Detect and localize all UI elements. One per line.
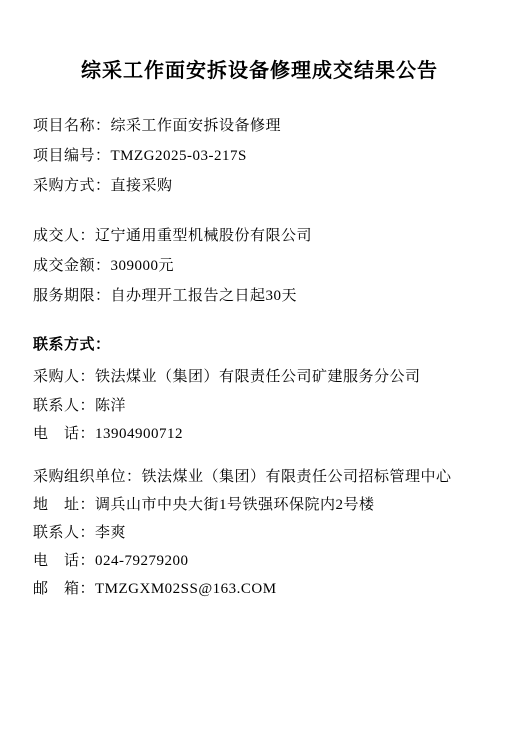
contact-phone-row: 电 话：13904900712 — [33, 425, 183, 444]
organizer-phone-row: 电 话：024-79279200 — [33, 552, 189, 571]
organizer-address-row: 地 址：调兵山市中央大街1号铁强环保院内2号楼 — [33, 496, 375, 515]
purchase-method-row: 采购方式：直接采购 — [33, 177, 173, 196]
winner-row: 成交人：辽宁通用重型机械股份有限公司 — [33, 227, 312, 246]
contact-person-value: 陈洋 — [95, 398, 126, 414]
purchaser-label: 采购人： — [33, 369, 95, 385]
organizer-unit-row: 采购组织单位：铁法煤业（集团）有限责任公司招标管理中心 — [33, 468, 452, 487]
page-title: 综采工作面安拆设备修理成交结果公告 — [0, 54, 519, 83]
document-page: 综采工作面安拆设备修理成交结果公告 项目名称：综采工作面安拆设备修理 项目编号：… — [0, 0, 519, 729]
project-number-row: 项目编号：TMZG2025-03-217S — [33, 147, 247, 166]
project-name-label: 项目名称： — [33, 118, 111, 134]
contact-phone-value: 13904900712 — [95, 426, 183, 442]
purchaser-row: 采购人：铁法煤业（集团）有限责任公司矿建服务分公司 — [33, 368, 421, 387]
organizer-person-value: 李爽 — [95, 525, 126, 541]
project-name-value: 综采工作面安拆设备修理 — [111, 118, 282, 134]
organizer-email-value: TMZGXM02SS@163.COM — [95, 581, 277, 597]
contact-person-row: 联系人：陈洋 — [33, 397, 126, 416]
project-number-value: TMZG2025-03-217S — [111, 148, 247, 164]
organizer-email-row: 邮 箱：TMZGXM02SS@163.COM — [33, 580, 277, 599]
winner-value: 辽宁通用重型机械股份有限公司 — [95, 228, 312, 244]
purchase-method-value: 直接采购 — [111, 178, 173, 194]
contact-person-label: 联系人： — [33, 398, 95, 414]
service-period-value: 自办理开工报告之日起30天 — [111, 288, 298, 304]
organizer-email-label: 邮 箱： — [33, 581, 95, 597]
project-number-label: 项目编号： — [33, 148, 111, 164]
deal-amount-label: 成交金额： — [33, 258, 111, 274]
winner-label: 成交人： — [33, 228, 95, 244]
deal-amount-row: 成交金额：309000元 — [33, 257, 174, 276]
organizer-person-row: 联系人：李爽 — [33, 524, 126, 543]
service-period-label: 服务期限： — [33, 288, 111, 304]
contact-phone-label: 电 话： — [33, 426, 95, 442]
service-period-row: 服务期限：自办理开工报告之日起30天 — [33, 287, 297, 306]
organizer-address-label: 地 址： — [33, 497, 95, 513]
deal-amount-value: 309000元 — [111, 258, 175, 274]
organizer-phone-value: 024-79279200 — [95, 553, 189, 569]
organizer-person-label: 联系人： — [33, 525, 95, 541]
purchaser-value: 铁法煤业（集团）有限责任公司矿建服务分公司 — [95, 369, 421, 385]
project-name-row: 项目名称：综采工作面安拆设备修理 — [33, 117, 281, 136]
organizer-address-value: 调兵山市中央大街1号铁强环保院内2号楼 — [95, 497, 375, 513]
contact-section-header: 联系方式： — [33, 336, 111, 355]
purchase-method-label: 采购方式： — [33, 178, 111, 194]
organizer-phone-label: 电 话： — [33, 553, 95, 569]
organizer-unit-label: 采购组织单位： — [33, 469, 142, 485]
organizer-unit-value: 铁法煤业（集团）有限责任公司招标管理中心 — [142, 469, 452, 485]
